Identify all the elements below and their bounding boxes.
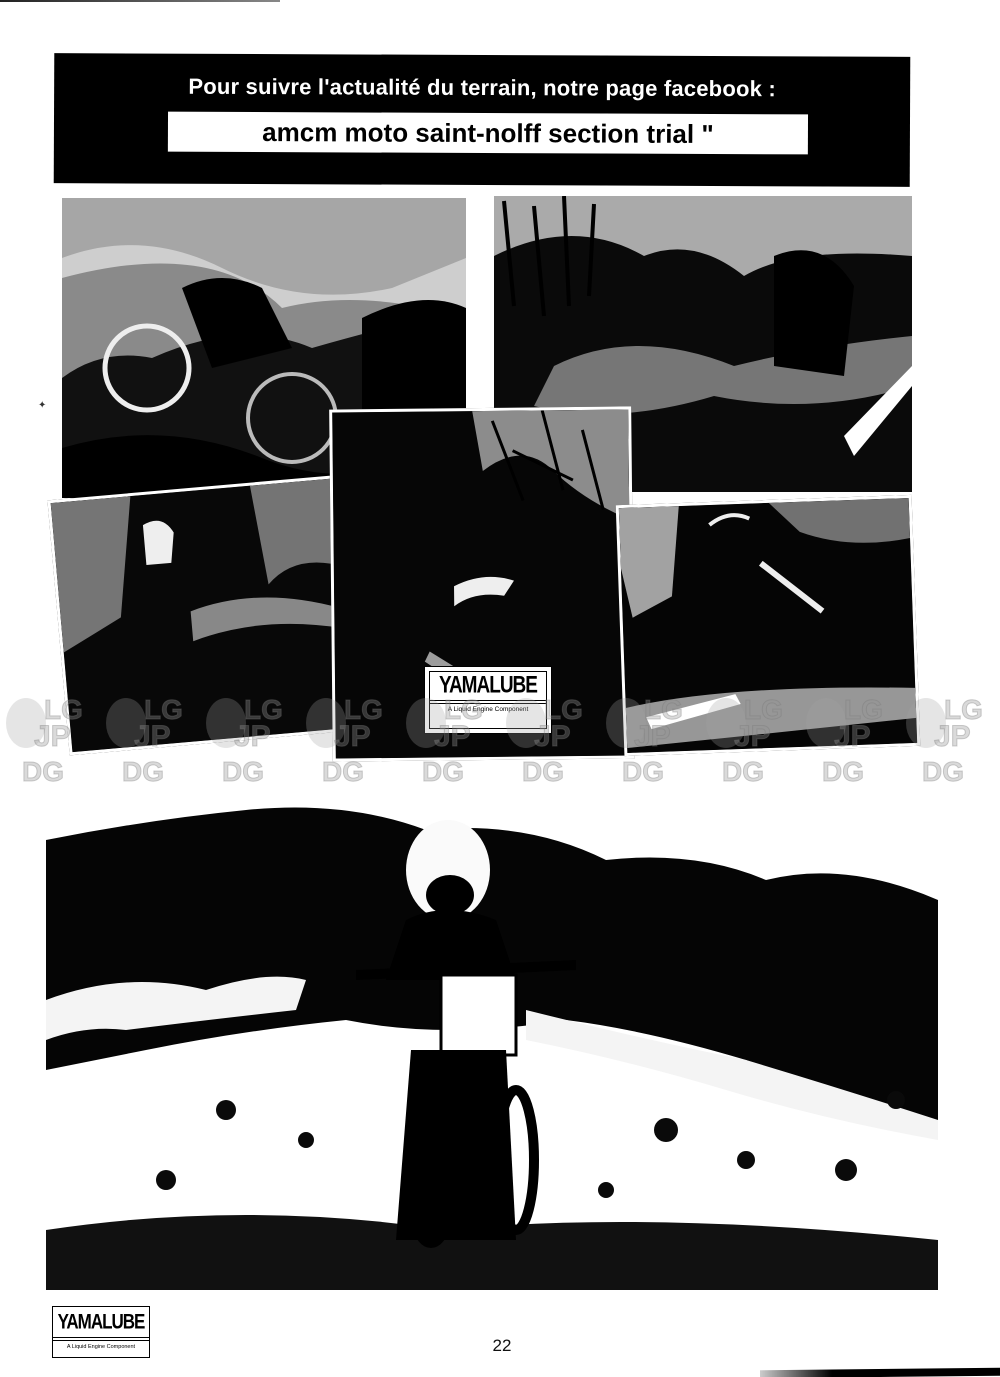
photo-young-rider-forest bbox=[47, 475, 364, 756]
yamalube-tagline: A Liquid Engine Component bbox=[53, 1341, 149, 1353]
scan-edge-top bbox=[0, 0, 280, 2]
scan-edge-bottom bbox=[760, 1368, 1000, 1377]
photo-rider-log-crossing bbox=[616, 495, 921, 756]
facebook-page-name: amcm moto saint-nolff section trial " bbox=[262, 117, 714, 150]
facebook-page-box: amcm moto saint-nolff section trial " bbox=[168, 112, 808, 155]
yamalube-logo-footer: YAMALUBE A Liquid Engine Component bbox=[52, 1306, 150, 1358]
banner-title: Pour suivre l'actualité du terrain, notr… bbox=[54, 73, 910, 103]
yamalube-brand: YAMALUBE bbox=[53, 1303, 149, 1341]
header-banner: Pour suivre l'actualité du terrain, notr… bbox=[54, 53, 911, 187]
yamalube-tagline: A Liquid Engine Component bbox=[430, 704, 546, 716]
photo-young-motocross-rider bbox=[46, 800, 938, 1290]
scan-mark: ✦ bbox=[38, 400, 46, 411]
yamalube-brand: YAMALUBE bbox=[430, 669, 546, 704]
page-number: 22 bbox=[480, 1336, 524, 1356]
face-icon bbox=[6, 698, 46, 748]
yamalube-logo-collage: YAMALUBE A Liquid Engine Component bbox=[424, 666, 552, 734]
